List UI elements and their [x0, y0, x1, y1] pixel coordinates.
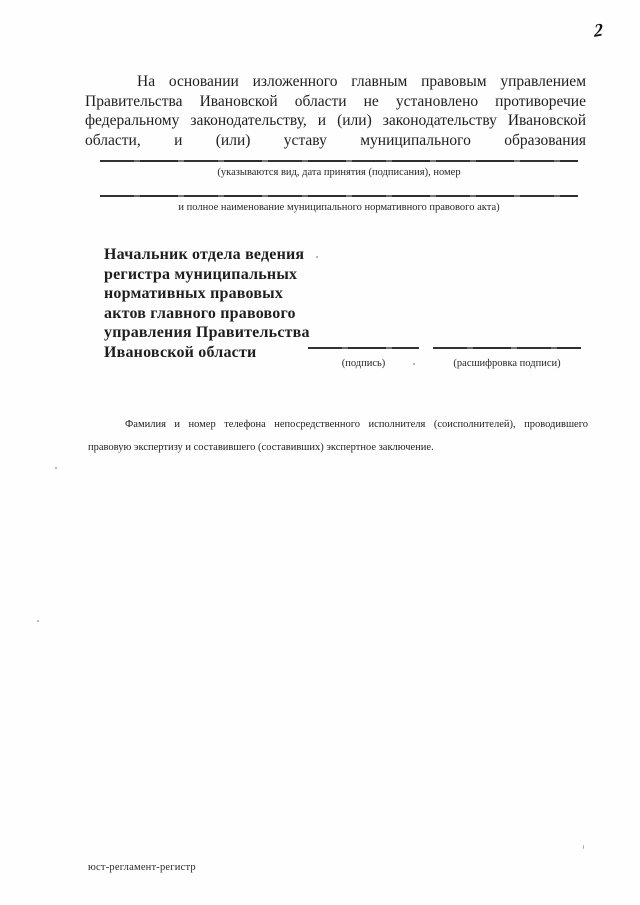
scan-speck: [316, 256, 318, 258]
transcript-caption: (расшифровка подписи): [433, 358, 581, 369]
scan-speck: [55, 467, 57, 469]
official-title-block: Начальник отдела ведения регистра муници…: [104, 245, 364, 363]
main-paragraph: На основании изложенного главным правовы…: [85, 72, 586, 151]
official-title-line: нормативных правовых: [104, 284, 364, 304]
official-title-line: управления Правительства: [104, 323, 364, 343]
signature-line: [308, 347, 419, 349]
scan-speck: [583, 845, 584, 849]
footer-doc-code: юст-регламент-регистр: [88, 862, 196, 873]
scan-speck: [413, 363, 415, 365]
document-page: 2 На основании изложенного главным право…: [0, 0, 640, 905]
executor-note: Фамилия и номер телефона непосредственно…: [88, 414, 588, 460]
act-fill-caption-1: (указываются вид, дата принятия (подписа…: [100, 167, 578, 178]
official-title-line: Начальник отдела ведения: [104, 245, 364, 265]
handwritten-page-number: 2: [594, 19, 604, 42]
paragraph-line: На основании изложенного главным правовы…: [85, 72, 586, 92]
paragraph-line: федеральному законодательству, и (или) з…: [85, 111, 586, 131]
signature-caption: (подпись): [308, 358, 419, 369]
act-fill-caption-2: и полное наименование муниципального нор…: [100, 202, 578, 213]
note-line: Фамилия и номер телефона непосредственно…: [88, 414, 588, 437]
scan-speck: [37, 620, 39, 622]
paragraph-line: Правительства Ивановской области не уста…: [85, 92, 586, 112]
official-title-line: актов главного правового: [104, 304, 364, 324]
act-fill-line-1: [100, 160, 578, 162]
note-line: правовую экспертизу и составившего (сост…: [88, 437, 588, 460]
signature-transcript-line: [433, 347, 581, 349]
act-fill-line-2: [100, 195, 578, 197]
official-title-line: регистра муниципальных: [104, 265, 364, 285]
paragraph-line: области, и (или) уставу муниципального о…: [85, 131, 586, 151]
